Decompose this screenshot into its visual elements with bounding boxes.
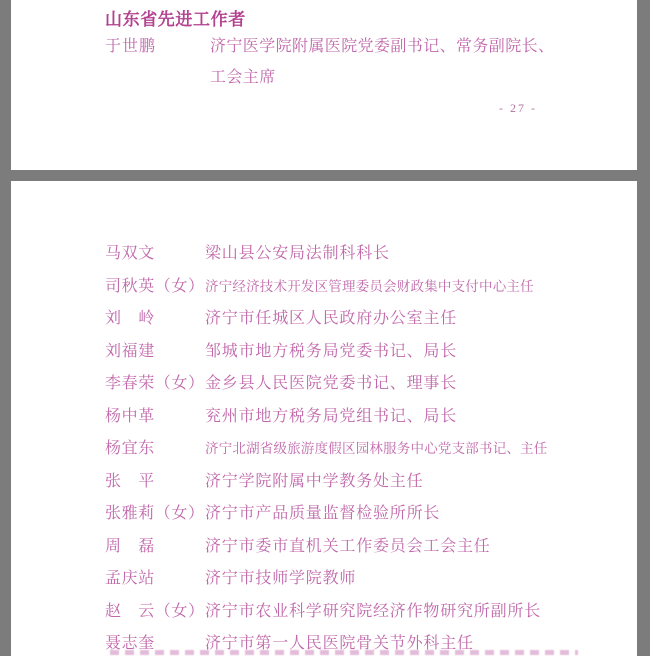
list-item: 聂志奎 济宁市第一人民医院骨关节外科主任 <box>105 628 637 656</box>
person-name: 杨中革 <box>105 401 205 434</box>
person-title: 梁山县公安局法制科科长 <box>205 238 390 271</box>
person-name: 于世鹏 <box>105 31 205 62</box>
person-title: 济宁市委市直机关工作委员会工会主任 <box>205 531 491 564</box>
person-name: 李春荣（女） <box>105 368 205 401</box>
section-header: 山东省先进工作者 <box>105 5 246 30</box>
page-number: - 27 - <box>499 101 537 116</box>
person-name: 赵 云（女） <box>105 596 205 629</box>
awardee-list: 马双文 梁山县公安局法制科科长 司秋英（女） 济宁经济技术开发区管理委员会财政集… <box>11 181 637 656</box>
person-name: 司秋英（女） <box>105 271 205 304</box>
person-title: 济宁市任城区人民政府办公室主任 <box>205 303 457 336</box>
person-title: 济宁医学院附属医院党委副书记、常务副院长、 工会主席 <box>210 31 575 93</box>
person-name: 孟庆站 <box>105 563 205 596</box>
person-name: 聂志奎 <box>105 628 205 656</box>
list-item: 马双文 梁山县公安局法制科科长 <box>105 238 637 271</box>
list-item: 杨宜东 济宁北湖省级旅游度假区园林服务中心党支部书记、主任 <box>105 433 637 466</box>
list-item: 李春荣（女） 金乡县人民医院党委书记、理事长 <box>105 368 637 401</box>
document-page-1: 山东省先进工作者 于世鹏 济宁医学院附属医院党委副书记、常务副院长、 工会主席 … <box>11 0 637 170</box>
person-name: 杨宜东 <box>105 433 205 466</box>
person-title: 济宁市技师学院教师 <box>205 563 356 596</box>
person-title: 济宁北湖省级旅游度假区园林服务中心党支部书记、主任 <box>205 433 548 466</box>
person-title: 邹城市地方税务局党委书记、局长 <box>205 336 457 369</box>
person-title: 济宁学院附属中学教务处主任 <box>205 466 423 499</box>
viewer-background: { "colors": { "surround": "#7c7c7c", "pa… <box>0 0 650 656</box>
list-item: 刘 岭 济宁市任城区人民政府办公室主任 <box>105 303 637 336</box>
list-item: 刘福建 邹城市地方税务局党委书记、局长 <box>105 336 637 369</box>
person-name: 张 平 <box>105 466 205 499</box>
person-title-line-2: 工会主席 <box>210 62 575 93</box>
person-name: 张雅莉（女） <box>105 498 205 531</box>
person-title: 金乡县人民医院党委书记、理事长 <box>205 368 457 401</box>
list-item: 杨中革 兖州市地方税务局党组书记、局长 <box>105 401 637 434</box>
person-title-line-1: 济宁医学院附属医院党委副书记、常务副院长、 <box>210 31 575 62</box>
person-title: 济宁市第一人民医院骨关节外科主任 <box>205 628 474 656</box>
person-title: 济宁经济技术开发区管理委员会财政集中支付中心主任 <box>205 271 534 304</box>
list-item: 司秋英（女） 济宁经济技术开发区管理委员会财政集中支付中心主任 <box>105 271 637 304</box>
person-name: 周 磊 <box>105 531 205 564</box>
person-title: 济宁市农业科学研究院经济作物研究所副所长 <box>205 596 541 629</box>
list-item: 孟庆站 济宁市技师学院教师 <box>105 563 637 596</box>
person-name: 刘 岭 <box>105 303 205 336</box>
list-item: 周 磊 济宁市委市直机关工作委员会工会主任 <box>105 531 637 564</box>
list-item: 赵 云（女） 济宁市农业科学研究院经济作物研究所副所长 <box>105 596 637 629</box>
document-page-2: 马双文 梁山县公安局法制科科长 司秋英（女） 济宁经济技术开发区管理委员会财政集… <box>11 181 637 656</box>
person-name: 马双文 <box>105 238 205 271</box>
list-item: 张雅莉（女） 济宁市产品质量监督检验所所长 <box>105 498 637 531</box>
person-name: 刘福建 <box>105 336 205 369</box>
person-title: 济宁市产品质量监督检验所所长 <box>205 498 440 531</box>
person-title: 兖州市地方税务局党组书记、局长 <box>205 401 457 434</box>
list-item: 张 平 济宁学院附属中学教务处主任 <box>105 466 637 499</box>
